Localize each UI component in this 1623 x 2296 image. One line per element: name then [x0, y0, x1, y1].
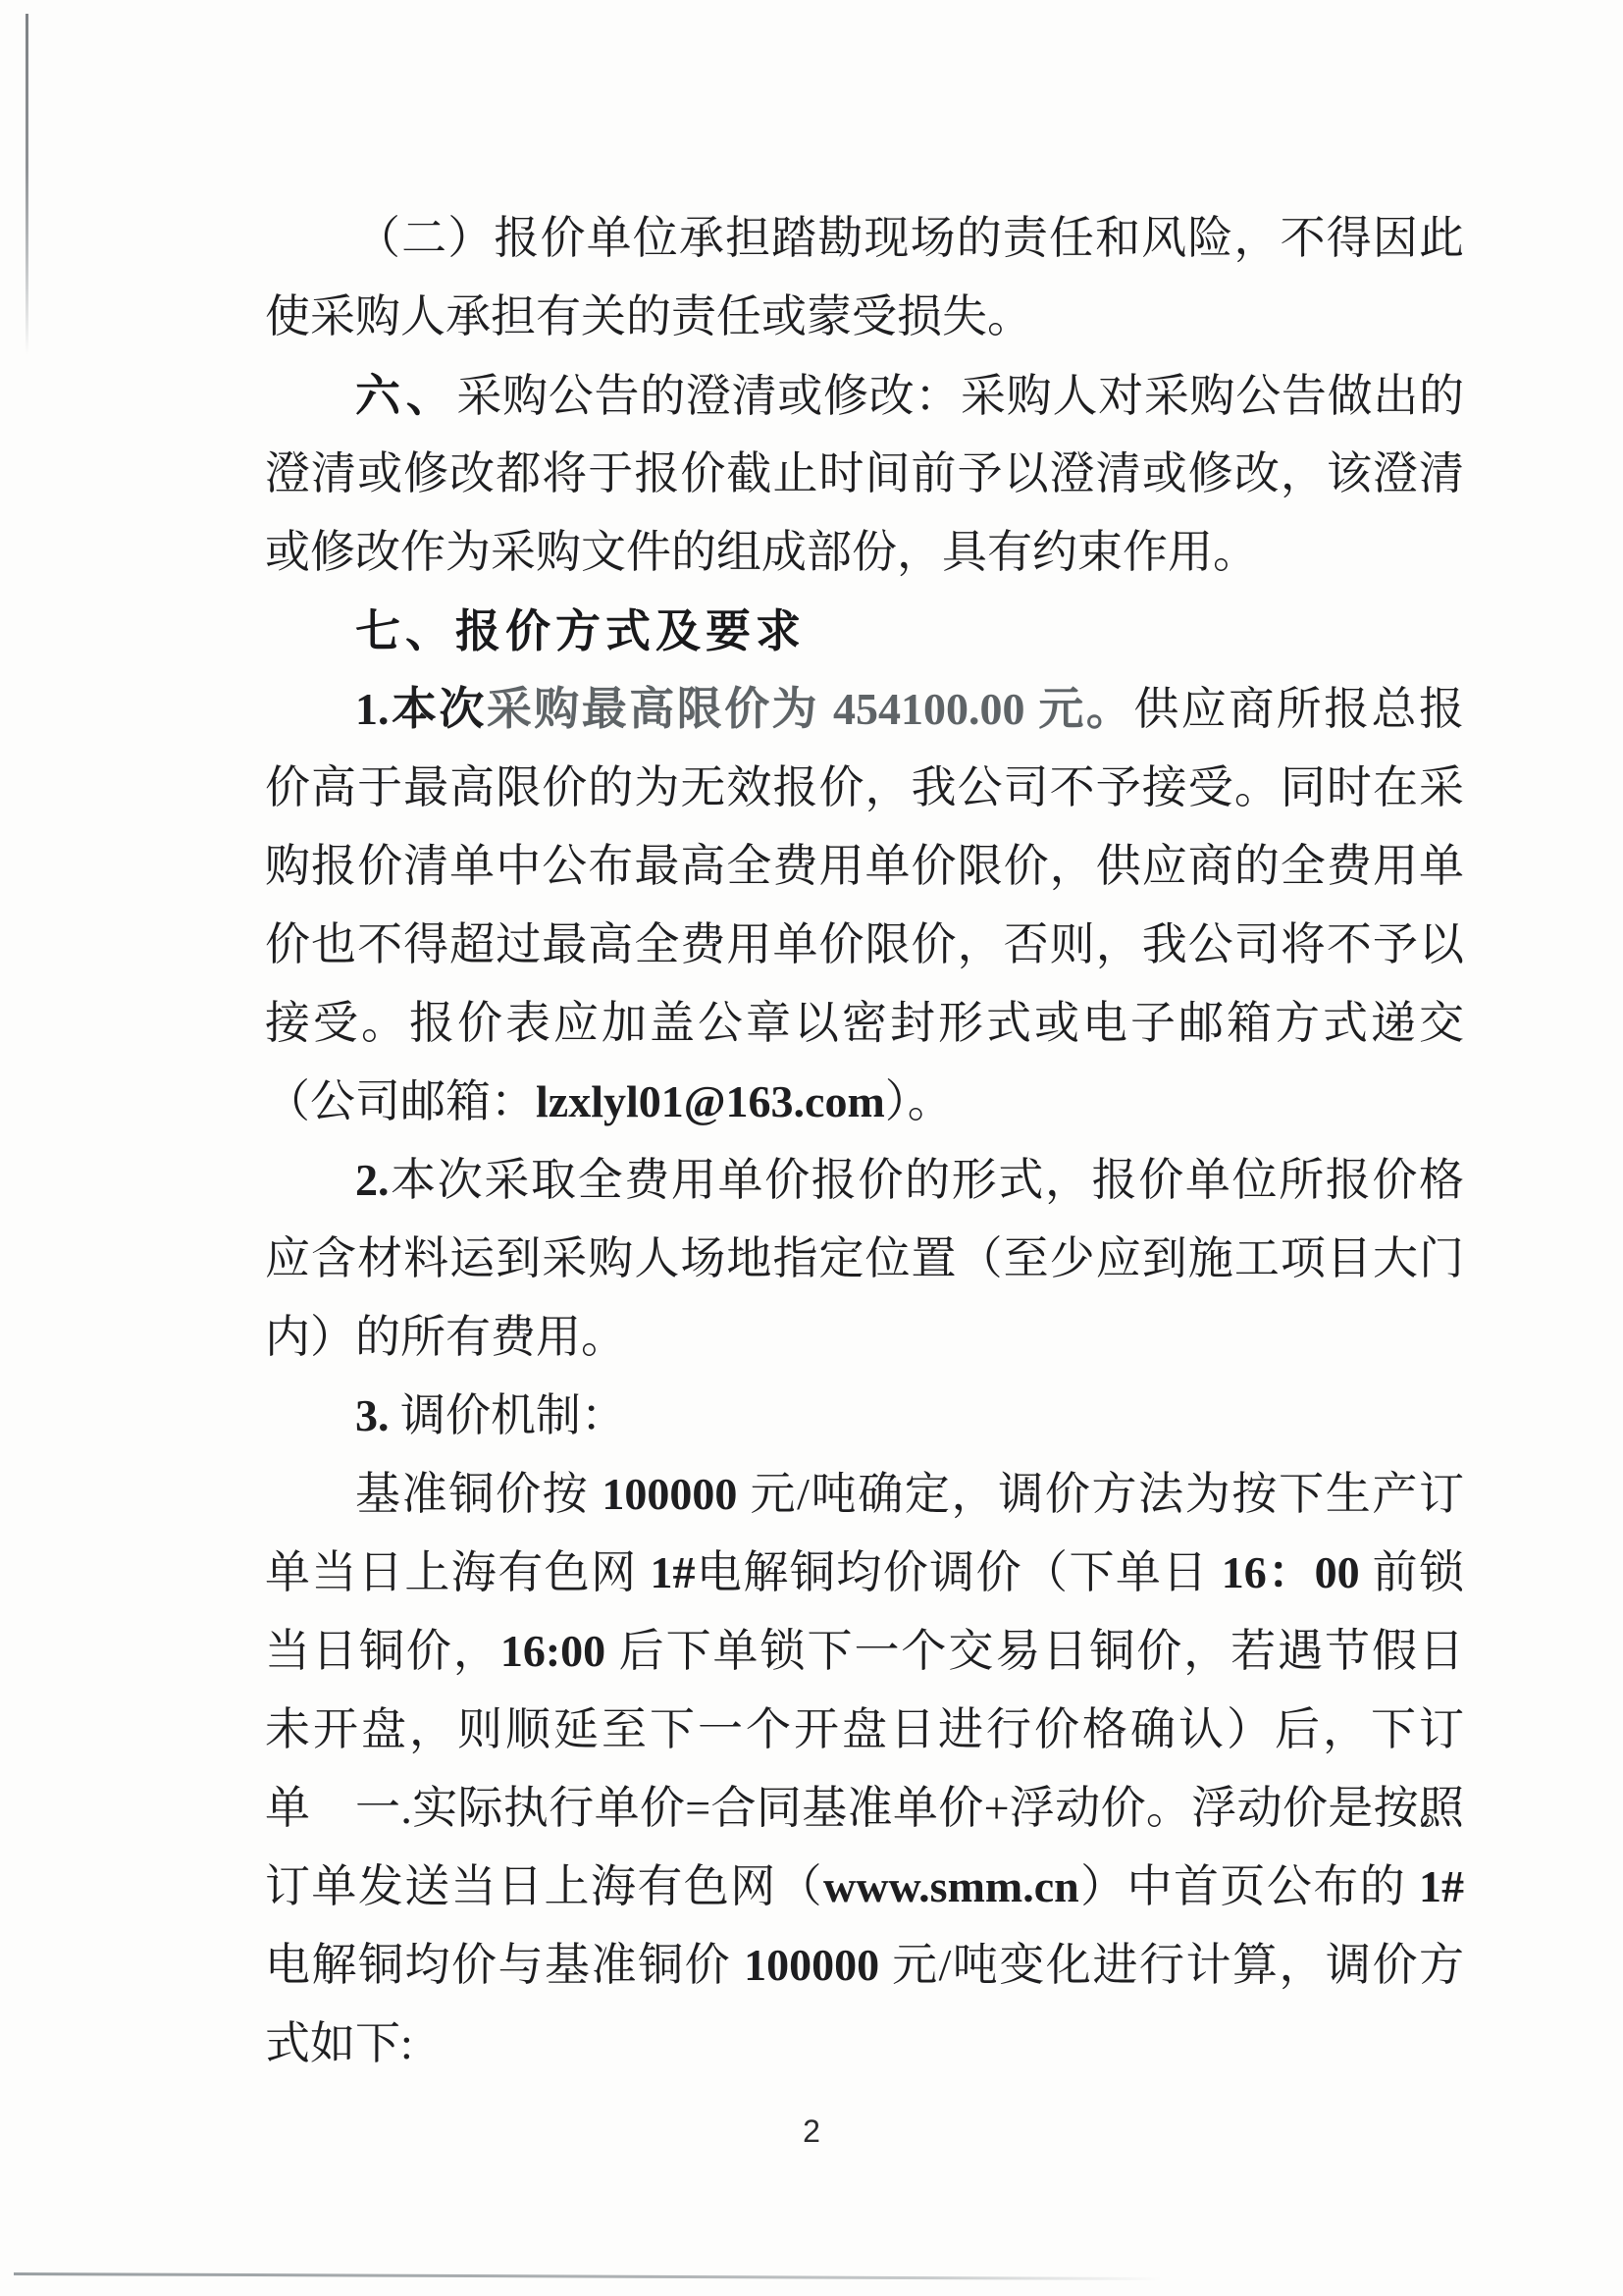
text-segment: 1.本次 [355, 684, 487, 734]
text-line: 七、报价方式及要求 [265, 592, 1464, 670]
text-segment: 应含材料运到采购人场地指定位置（至少应到施工项目大门 [265, 1233, 1464, 1283]
text-segment: 当日铜价， [265, 1626, 500, 1676]
text-segment: www.smm.cn [823, 1861, 1079, 1911]
text-segment: 价也不得超过最高全费用单价限价，否则，我公司将不予以 [265, 919, 1464, 969]
text-segment: ）。 [885, 1076, 953, 1126]
text-segment: 2. [355, 1155, 390, 1205]
text-segment: 价高于最高限价的为无效报价，我公司不予接受。同时在采 [265, 762, 1464, 812]
text-segment: （公司邮箱： [265, 1076, 536, 1126]
text-line: 电解铜均价与基准铜价 100000 元/吨变化进行计算，调价方 [265, 1926, 1464, 2005]
text-line: 一.实际执行单价=合同基准单价+浮动价。浮动价是按照 [265, 1769, 1464, 1848]
text-line: 2.本次采取全费用单价报价的形式，报价单位所报价格 [265, 1141, 1464, 1220]
text-segment: 七、报价方式及要求 [355, 605, 806, 656]
text-segment: 购报价清单中公布最高全费用单价限价，供应商的全费用单 [265, 841, 1464, 891]
text-segment: （二）报价单位承担踏勘现场的责任和风险，不得因此 [355, 213, 1464, 263]
text-segment: 3. [355, 1390, 390, 1440]
text-segment: 供应商所报总报 [1133, 684, 1464, 734]
text-line: 式如下: [265, 2005, 1464, 2083]
text-line: （二）报价单位承担踏勘现场的责任和风险，不得因此 [265, 199, 1464, 278]
document-body: （二）报价单位承担踏勘现场的责任和风险，不得因此使采购人承担有关的责任或蒙受损失… [265, 199, 1464, 2083]
text-segment: 16:00 [500, 1626, 605, 1676]
text-segment: 电解铜均价与基准铜价 [265, 1940, 744, 1990]
text-line: 当日铜价，16:00 后下单锁下一个交易日铜价，若遇节假日 [265, 1612, 1464, 1691]
text-segment: 澄清或修改都将于报价截止时间前予以澄清或修改，该澄清 [265, 448, 1464, 498]
text-segment: 后下单锁下一个交易日铜价，若遇节假日 [605, 1626, 1464, 1676]
text-line: 价高于最高限价的为无效报价，我公司不予接受。同时在采 [265, 749, 1464, 827]
text-line: 购报价清单中公布最高全费用单价限价，供应商的全费用单 [265, 827, 1464, 906]
text-segment: 基准铜价按 [355, 1469, 602, 1519]
text-segment: 元/吨变化进行计算，调价方 [879, 1940, 1464, 1990]
text-segment: 采购公告的澄清或修改：采购人对采购公告做出的 [456, 371, 1464, 421]
scan-page-edge-line [14, 2272, 1162, 2280]
text-line: 3. 调价机制： [265, 1377, 1464, 1455]
text-line: 单当日上海有色网 1#电解铜均价调价（下单日 16：00 前锁 [265, 1534, 1464, 1612]
text-line: 未开盘，则顺延至下一个开盘日进行价格确认）后，下订单。 [265, 1691, 1464, 1769]
text-segment: 前锁 [1360, 1547, 1464, 1597]
text-segment: 式如下: [265, 2018, 413, 2068]
text-segment: 单当日上海有色网 [265, 1547, 650, 1597]
text-line: 接受。报价表应加盖公章以密封形式或电子邮箱方式递交 [265, 984, 1464, 1063]
text-line: 或修改作为采购文件的组成部份，具有约束作用。 [265, 513, 1464, 592]
text-line: 价也不得超过最高全费用单价限价，否则，我公司将不予以 [265, 906, 1464, 984]
text-line: 澄清或修改都将于报价截止时间前予以澄清或修改，该澄清 [265, 435, 1464, 513]
text-segment: 调价机制： [390, 1390, 627, 1440]
text-line: 订单发送当日上海有色网（www.smm.cn）中首页公布的 1# [265, 1848, 1464, 1926]
text-line: 六、采购公告的澄清或修改：采购人对采购公告做出的 [265, 356, 1464, 435]
text-segment: 100000 [602, 1469, 737, 1519]
text-segment: 接受。报价表应加盖公章以密封形式或电子邮箱方式递交 [265, 998, 1464, 1048]
text-line: 1.本次采购最高限价为 454100.00 元。供应商所报总报 [265, 670, 1464, 749]
document-page: （二）报价单位承担踏勘现场的责任和风险，不得因此使采购人承担有关的责任或蒙受损失… [0, 0, 1623, 2296]
text-line: （公司邮箱：lzxlyl01@163.com）。 [265, 1063, 1464, 1141]
text-line: 应含材料运到采购人场地指定位置（至少应到施工项目大门 [265, 1220, 1464, 1298]
text-segment: 本次采取全费用单价报价的形式，报价单位所报价格 [390, 1155, 1465, 1205]
text-segment: 100000 [744, 1940, 879, 1990]
text-segment: lzxlyl01@163.com [536, 1076, 885, 1126]
text-segment: 元/吨确定，调价方法为按下生产订 [737, 1469, 1464, 1519]
text-segment: 订单发送当日上海有色网（ [265, 1861, 823, 1911]
text-segment: 一.实际执行单价=合同基准单价+浮动价。浮动价是按照 [355, 1783, 1464, 1833]
text-segment: 电解铜均价调价（下单日 [695, 1547, 1221, 1597]
text-line: 使采购人承担有关的责任或蒙受损失。 [265, 278, 1464, 356]
text-segment: 或修改作为采购文件的组成部份，具有约束作用。 [265, 527, 1258, 577]
text-segment: 使采购人承担有关的责任或蒙受损失。 [265, 291, 1032, 341]
scan-streak-vertical [26, 14, 28, 355]
text-segment: 内）的所有费用。 [265, 1312, 626, 1362]
text-line: 内）的所有费用。 [265, 1298, 1464, 1377]
text-segment: 16：00 [1222, 1547, 1360, 1597]
page-number: 2 [0, 2112, 1623, 2151]
text-line: 基准铜价按 100000 元/吨确定，调价方法为按下生产订 [265, 1455, 1464, 1534]
text-segment: 1# [650, 1547, 695, 1597]
text-segment: ）中首页公布的 [1079, 1861, 1419, 1911]
text-segment: 采购最高限价为 454100.00 元。 [487, 684, 1133, 734]
text-segment: 1# [1419, 1861, 1464, 1911]
text-segment: 六、 [355, 370, 456, 421]
